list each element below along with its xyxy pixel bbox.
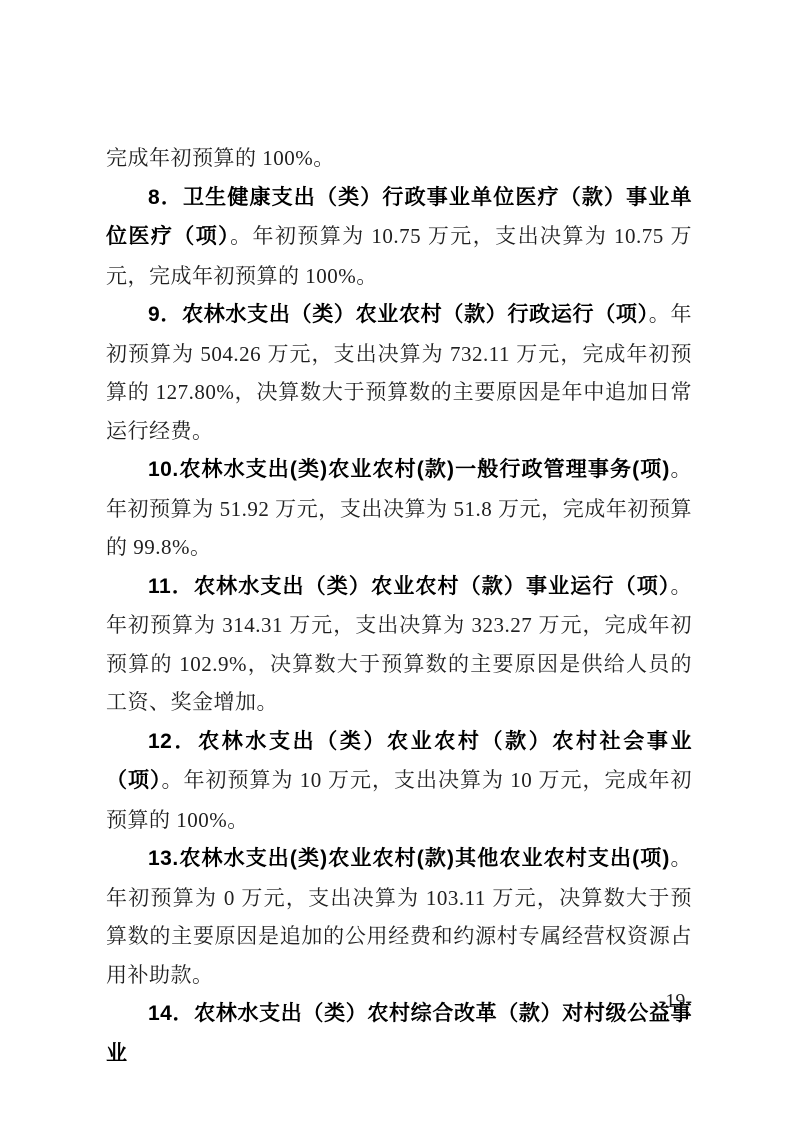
- budget-item-12: 12．农林水支出（类）农业农村（款）农村社会事业（项）。年初预算为 10 万元，…: [106, 722, 692, 840]
- budget-item-10: 10.农林水支出(类)农业农村(款)一般行政管理事务(项)。年初预算为 51.9…: [106, 450, 692, 567]
- page-number: -19-: [106, 990, 692, 1013]
- paragraph-heading-text: 9．农林水支出（类）农业农村（款）行政运行（项）: [148, 303, 649, 326]
- paragraph-heading-text: 11．农林水支出（类）农业农村（款）事业运行（项）: [148, 575, 671, 598]
- budget-item-9: 9．农林水支出（类）农业农村（款）行政运行（项）。年初预算为 504.26 万元…: [106, 295, 692, 450]
- document-page: 完成年初预算的 100%。 8．卫生健康支出（类）行政事业单位医疗（款）事业单位…: [0, 0, 793, 1122]
- budget-item-8: 8．卫生健康支出（类）行政事业单位医疗（款）事业单位医疗（项）。年初预算为 10…: [106, 178, 692, 296]
- paragraph-heading-text: 10.农林水支出(类)农业农村(款)一般行政管理事务(项): [148, 458, 670, 481]
- budget-item-11: 11．农林水支出（类）农业农村（款）事业运行（项）。年初预算为 314.31 万…: [106, 567, 692, 722]
- document-body: 完成年初预算的 100%。 8．卫生健康支出（类）行政事业单位医疗（款）事业单位…: [106, 139, 692, 1073]
- paragraph-heading-text: 13.农林水支出(类)农业农村(款)其他农业农村支出(项): [148, 847, 670, 870]
- paragraph-body-text: 。年初预算为 10 万元，支出决算为 10 万元，完成年初预算的 100%。: [106, 768, 692, 832]
- budget-item-7-continuation: 完成年初预算的 100%。: [106, 139, 692, 178]
- paragraph-body-text: 完成年初预算的 100%。: [106, 146, 335, 170]
- budget-item-13: 13.农林水支出(类)农业农村(款)其他农业农村支出(项)。年初预算为 0 万元…: [106, 839, 692, 994]
